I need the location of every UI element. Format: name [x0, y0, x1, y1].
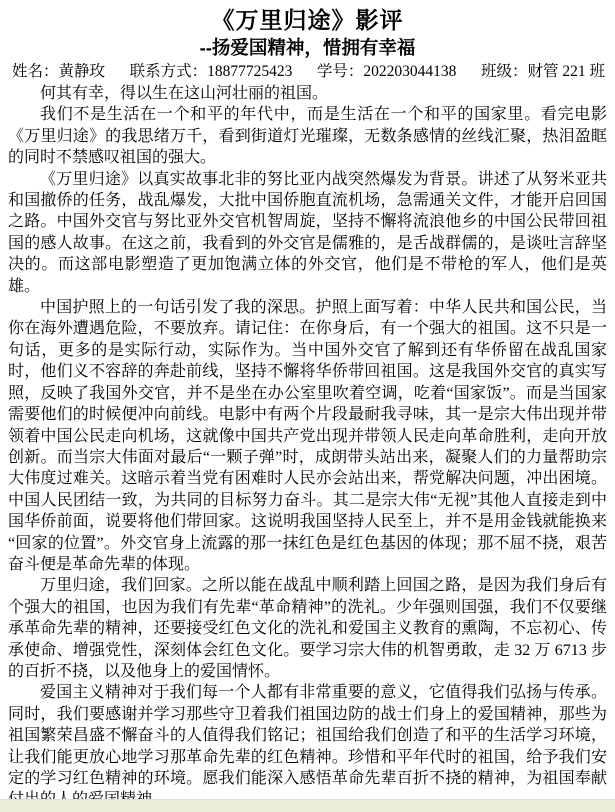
meta-class: 班级：财管 221 班 — [481, 62, 605, 81]
paragraph-4: 中国护照上的一句话引发了我的深思。护照上面写着：中华人民共和国公民，当你在海外遭… — [8, 297, 607, 575]
meta-line: 姓名：黄静玫 联系方式：18877725423 学号：202203044138 … — [8, 61, 607, 83]
footer-strip — [0, 799, 615, 812]
meta-contact: 联系方式：18877725423 — [130, 62, 293, 81]
meta-student-id: 学号：202203044138 — [317, 62, 457, 81]
doc-subtitle: --扬爱国精神，惜拥有幸福 — [8, 37, 607, 58]
body-paragraphs: 何其有幸，得以生在这山河壮丽的祖国。 我们不是生活在一个和平的年代中，而是生活在… — [8, 83, 607, 811]
paragraph-3: 《万里归途》以真实故事北非的努比亚内战突然爆发为背景。讲述了从努米亚共和国撤侨的… — [8, 169, 607, 297]
document-page: 《万里归途》影评 --扬爱国精神，惜拥有幸福 姓名：黄静玫 联系方式：18877… — [0, 0, 615, 799]
paragraph-5: 万里归途，我们回家。之所以能在战乱中顺利踏上回国之路，是因为我们身后有个强大的祖… — [8, 575, 607, 682]
doc-title: 《万里归途》影评 — [8, 7, 607, 34]
paragraph-6: 爱国主义精神对于我们每一个人都有非常重要的意义，它值得我们弘扬与传承。同时，我们… — [8, 682, 607, 810]
meta-name: 姓名：黄静玫 — [12, 62, 105, 81]
paragraph-2: 我们不是生活在一个和平的年代中，而是生活在一个和平的国家里。看完电影《万里归途》… — [8, 104, 607, 168]
paragraph-1: 何其有幸，得以生在这山河壮丽的祖国。 — [8, 83, 607, 104]
